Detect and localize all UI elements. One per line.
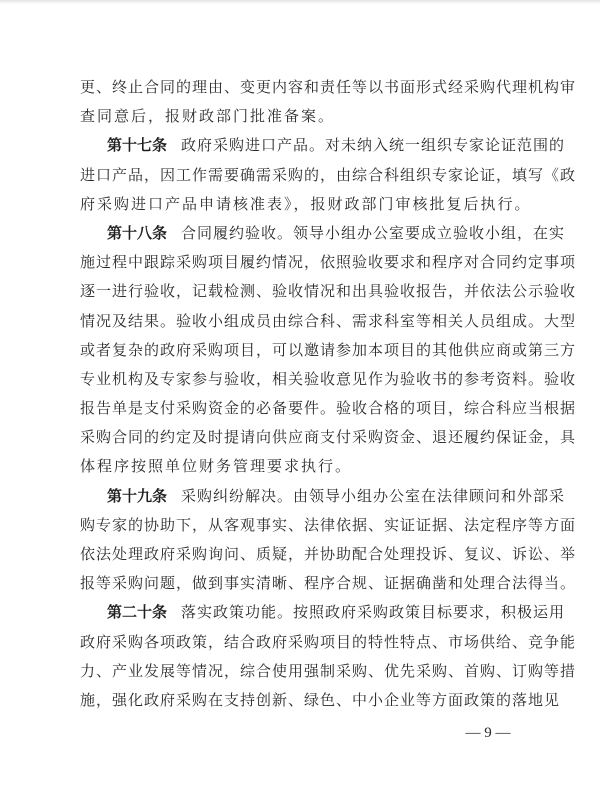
article-number: 第十七条 xyxy=(107,136,167,154)
text-line: 府采购进口产品申请核准表》，报财政部门审核批复后执行。 xyxy=(80,190,524,219)
document-page-body: 更、终止合同的理由、变更内容和责任等以书面形式经采购代理机构审 查同意后，报财政… xyxy=(80,73,524,715)
article-number: 第十九条 xyxy=(107,487,167,505)
text-line: 逐一进行验收，记载检测、验收情况和出具验收报告，并依法公示验收 xyxy=(80,277,524,306)
text-line: 报告单是支付采购资金的必备要件。验收合格的项目，综合科应当根据 xyxy=(80,394,524,423)
text-line: 采购合同的约定及时提请向供应商支付采购资金、退还履约保证金，具 xyxy=(80,423,524,452)
text-line: 或者复杂的政府采购项目，可以邀请参加本项目的其他供应商或第三方 xyxy=(80,336,524,365)
text-line: 施过程中跟踪采购项目履约情况，依照验收要求和程序对合同约定事项 xyxy=(80,248,524,277)
article-20-first-line: 第二十条落实政策功能。按照政府采购政策目标要求，积极运用 xyxy=(80,598,524,627)
text-line: 报等采购问题，做到事实清晰、程序合规、证据确凿和处理合法得当。 xyxy=(80,569,524,598)
article-17-first-line: 第十七条政府采购进口产品。对未纳入统一组织专家论证范围的 xyxy=(80,131,524,160)
article-title-text: 落实政策功能。按照政府采购政策目标要求，积极运用 xyxy=(181,603,565,621)
article-title-text: 合同履约验收。领导小组办公室要成立验收小组，在实 xyxy=(181,224,565,242)
text-line: 更、终止合同的理由、变更内容和责任等以书面形式经采购代理机构审 xyxy=(80,73,524,102)
article-title-text: 采购纠纷解决。由领导小组办公室在法律顾问和外部采 xyxy=(181,487,565,505)
text-line: 力、产业发展等情况，综合使用强制采购、优先采购、首购、订购等措 xyxy=(80,657,524,686)
text-line: 依法处理政府采购询问、质疑，并协助配合处理投诉、复议、诉讼、举 xyxy=(80,540,524,569)
article-title-text: 政府采购进口产品。对未纳入统一组织专家论证范围的 xyxy=(181,136,565,154)
article-19-first-line: 第十九条采购纠纷解决。由领导小组办公室在法律顾问和外部采 xyxy=(80,482,524,511)
article-number: 第十八条 xyxy=(107,224,167,242)
text-line: 情况及结果。验收小组成员由综合科、需求科室等相关人员组成。大型 xyxy=(80,307,524,336)
article-18-first-line: 第十八条合同履约验收。领导小组办公室要成立验收小组，在实 xyxy=(80,219,524,248)
text-line: 施，强化政府采购在支持创新、绿色、中小企业等方面政策的落地见 xyxy=(80,686,524,715)
text-line: 专业机构及专家参与验收，相关验收意见作为验收书的参考资料。验收 xyxy=(80,365,524,394)
text-line: 进口产品，因工作需要确需采购的，由综合科组织专家论证，填写《政 xyxy=(80,161,524,190)
text-line: 查同意后，报财政部门批准备案。 xyxy=(80,102,524,131)
text-line: 体程序按照单位财务管理要求执行。 xyxy=(80,452,524,481)
article-number: 第二十条 xyxy=(107,603,167,621)
text-line: 政府采购各项政策，结合政府采购项目的特性特点、市场供给、竞争能 xyxy=(80,628,524,657)
text-line: 购专家的协助下，从客观事实、法律依据、实证证据、法定程序等方面 xyxy=(80,511,524,540)
page-top-edge xyxy=(0,0,600,4)
page-number: — 9 — xyxy=(463,722,513,744)
